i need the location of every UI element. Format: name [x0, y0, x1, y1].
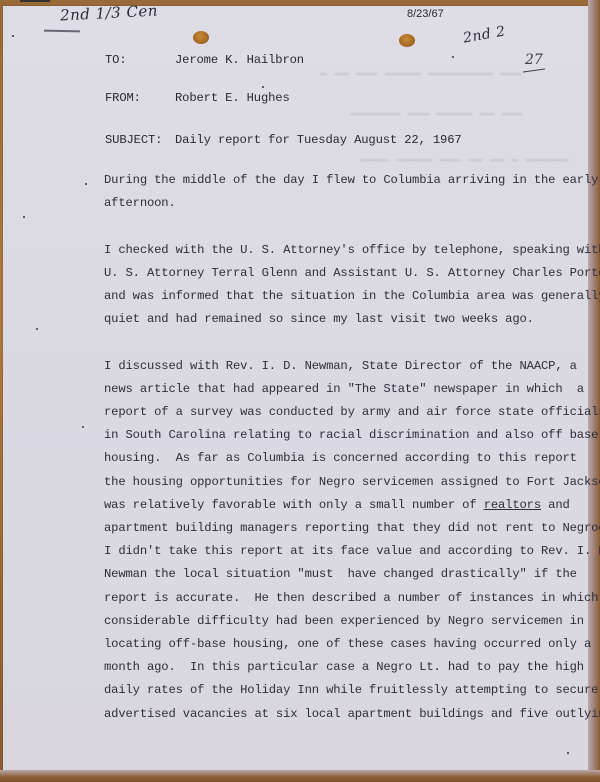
punch-hole-icon: [193, 31, 209, 44]
underlined-word: realtors: [484, 498, 541, 512]
text-line: and was informed that the situation in t…: [104, 285, 584, 308]
text-line: month ago. In this particular case a Neg…: [104, 656, 584, 679]
memo-body: During the middle of the day I flew to C…: [104, 169, 584, 749]
paper-speck: [452, 56, 454, 58]
text-line: I discussed with Rev. I. D. Newman, Stat…: [104, 355, 584, 378]
text-line: in South Carolina relating to racial dis…: [104, 424, 584, 447]
memo-paragraph: During the middle of the day I flew to C…: [104, 169, 584, 215]
paper-speck: [262, 86, 264, 88]
text-line: quiet and had remained so since my last …: [104, 308, 584, 331]
subject-line: Daily report for Tuesday August 22, 1967: [175, 133, 462, 147]
handwritten-page-number: 27: [525, 52, 543, 68]
text-line: report of a survey was conducted by army…: [104, 401, 584, 424]
text-line: housing. As far as Columbia is concerned…: [104, 447, 584, 470]
subject-label: SUBJECT:: [105, 133, 162, 147]
paper-speck: [23, 216, 25, 218]
paper-speck: [36, 328, 38, 330]
text-line: the housing opportunities for Negro serv…: [104, 471, 584, 494]
text-line: locating off-base housing, one of these …: [104, 633, 584, 656]
text-line: report is accurate. He then described a …: [104, 587, 584, 610]
text-line: During the middle of the day I flew to C…: [104, 169, 584, 192]
bleed-through-text: ▬ ▬▬ ▬▬▬ ▬▬▬▬▬ ▬▬▬▬▬▬▬▬▬ ▬▬▬: [320, 66, 522, 80]
text-line: advertised vacancies at six local apartm…: [104, 703, 584, 726]
memo-paragraph: I checked with the U. S. Attorney's offi…: [104, 239, 584, 332]
memo-paragraph: I discussed with Rev. I. D. Newman, Stat…: [104, 355, 584, 726]
text-line: I didn't take this report at its face va…: [104, 540, 584, 563]
text-line: considerable difficulty had been experie…: [104, 610, 584, 633]
text-line: was relatively favorable with only a sma…: [104, 494, 584, 517]
date-stamp: 8/23/67: [407, 8, 444, 20]
paper-speck: [85, 183, 87, 185]
text-line: afternoon.: [104, 192, 584, 215]
punch-hole-icon: [399, 34, 415, 47]
text-line: I checked with the U. S. Attorney's offi…: [104, 239, 584, 262]
paper-speck: [82, 426, 84, 428]
bleed-through-text: ▬▬▬▬ ▬▬▬▬▬ ▬▬▬ ▬▬ ▬▬ ▬ ▬▬▬▬▬▬: [360, 152, 569, 166]
text-line: news article that had appeared in "The S…: [104, 378, 584, 401]
to-recipient: Jerome K. Hailbron: [175, 53, 304, 67]
page-right-edge: [588, 0, 600, 782]
text-line: apartment building managers reporting th…: [104, 517, 584, 540]
paper-speck: [12, 35, 14, 37]
text-line: U. S. Attorney Terral Glenn and Assistan…: [104, 262, 584, 285]
from-label: FROM:: [105, 91, 141, 105]
handwritten-mark: [20, 0, 50, 2]
to-label: TO:: [105, 53, 127, 67]
from-sender: Robert E. Hughes: [175, 91, 290, 105]
text-line: Newman the local situation "must have ch…: [104, 563, 584, 586]
text-line: daily rates of the Holiday Inn while fru…: [104, 679, 584, 702]
bleed-through-text: ▬▬▬▬▬▬▬ ▬▬▬ ▬▬▬▬▬ ▬▬ ▬▬▬: [350, 106, 523, 120]
page-bottom-edge: [0, 770, 600, 782]
paper-speck: [567, 752, 569, 754]
